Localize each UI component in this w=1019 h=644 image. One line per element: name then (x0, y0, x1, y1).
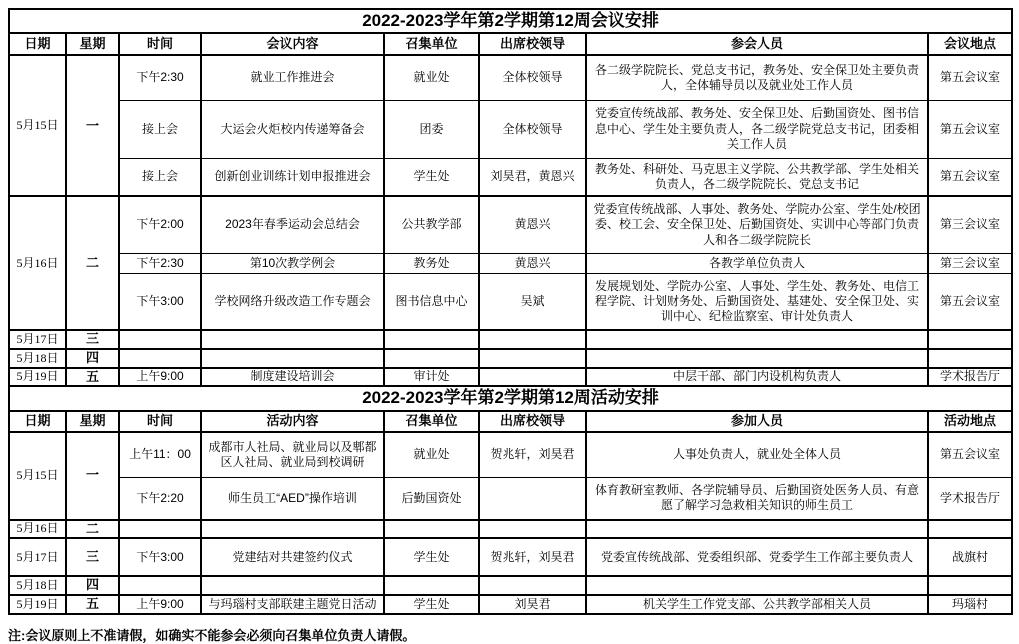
header-week: 星期 (66, 33, 119, 55)
content-cell: 就业工作推进会 (201, 55, 384, 100)
location-cell: 第五会议室 (928, 158, 1012, 196)
leaders-cell (479, 576, 586, 595)
activity-table-title: 2022-2023学年第2学期第12周活动安排 (9, 386, 1012, 410)
header-time: 时间 (119, 33, 201, 55)
content-cell: 成都市人社局、就业局以及郫都区人社局、就业局到校调研 (201, 432, 384, 478)
organizer-cell: 就业处 (384, 432, 479, 478)
header-date: 日期 (9, 33, 66, 55)
header-time: 时间 (119, 411, 201, 432)
week-cell: 二 (66, 520, 119, 539)
header-organizer: 召集单位 (384, 33, 479, 55)
table-row: 下午3:00 学校网络升级改造工作专题会 图书信息中心 吴斌 发展规划处、学院办… (9, 273, 1012, 330)
time-cell: 接上会 (119, 158, 201, 196)
content-cell: 制度建设培训会 (201, 368, 384, 387)
content-cell: 师生员工“AED”操作培训 (201, 478, 384, 520)
leaders-cell: 黄恩兴 (479, 253, 586, 273)
location-cell: 第五会议室 (928, 273, 1012, 330)
content-cell: 与玛瑙村支部联建主题党日活动 (201, 595, 384, 614)
leaders-cell: 全体校领导 (479, 55, 586, 100)
location-cell (928, 520, 1012, 539)
week-cell: 一 (66, 432, 119, 520)
activity-table-title-row: 2022-2023学年第2学期第12周活动安排 (9, 386, 1012, 410)
header-location: 会议地点 (928, 33, 1012, 55)
date-cell: 5月17日 (9, 330, 66, 349)
table-row: 5月19日 五 上午9:00 与玛瑙村支部联建主题党日活动 学生处 刘昊君 机关… (9, 595, 1012, 614)
date-cell: 5月16日 (9, 520, 66, 539)
participants-cell: 中层干部、部门内设机构负责人 (586, 368, 928, 387)
organizer-cell (384, 330, 479, 349)
header-participants: 参加人员 (586, 411, 928, 432)
location-cell: 第三会议室 (928, 253, 1012, 273)
table-row: 5月19日 五 上午9:00 制度建设培训会 审计处 中层干部、部门内设机构负责… (9, 368, 1012, 387)
time-cell: 接上会 (119, 100, 201, 158)
participants-cell (586, 330, 928, 349)
time-cell: 下午3:00 (119, 273, 201, 330)
meeting-table-title: 2022-2023学年第2学期第12周会议安排 (9, 9, 1012, 33)
location-cell: 第五会议室 (928, 432, 1012, 478)
leaders-cell: 全体校领导 (479, 100, 586, 158)
week-cell: 四 (66, 349, 119, 368)
leaders-cell: 刘昊君 (479, 595, 586, 614)
weekly-schedule-table: 2022-2023学年第2学期第12周会议安排 日期 星期 时间 会议内容 召集… (8, 8, 1013, 615)
time-cell: 下午2:30 (119, 55, 201, 100)
organizer-cell: 公共教学部 (384, 196, 479, 253)
participants-cell: 教务处、科研处、马克思主义学院、公共教学部、学生处相关负责人，各二级学院院长、党… (586, 158, 928, 196)
table-row: 接上会 创新创业训练计划申报推进会 学生处 刘昊君，黄恩兴 教务处、科研处、马克… (9, 158, 1012, 196)
participants-cell: 机关学生工作党支部、公共教学部相关人员 (586, 595, 928, 614)
meeting-table-title-row: 2022-2023学年第2学期第12周会议安排 (9, 9, 1012, 33)
date-cell: 5月16日 (9, 196, 66, 330)
organizer-cell: 学生处 (384, 158, 479, 196)
organizer-cell: 审计处 (384, 368, 479, 387)
table-row: 5月17日 三 下午3:00 党建结对共建签约仪式 学生处 贺兆轩，刘昊君 党委… (9, 538, 1012, 576)
date-cell: 5月19日 (9, 595, 66, 614)
participants-cell (586, 576, 928, 595)
location-cell: 玛瑙村 (928, 595, 1012, 614)
date-cell: 5月18日 (9, 349, 66, 368)
header-date: 日期 (9, 411, 66, 432)
participants-cell: 党委宣传统战部、教务处、安全保卫处、后勤国资处、图书信息中心、学生处主要负责人，… (586, 100, 928, 158)
organizer-cell: 后勤国资处 (384, 478, 479, 520)
time-cell: 下午2:00 (119, 196, 201, 253)
location-cell: 学术报告厅 (928, 368, 1012, 387)
date-cell: 5月19日 (9, 368, 66, 387)
time-cell: 下午2:20 (119, 478, 201, 520)
table-row: 5月17日 三 (9, 330, 1012, 349)
content-cell: 创新创业训练计划申报推进会 (201, 158, 384, 196)
content-cell (201, 349, 384, 368)
week-cell: 二 (66, 196, 119, 330)
week-cell: 一 (66, 55, 119, 196)
content-cell: 大运会火炬校内传递筹备会 (201, 100, 384, 158)
content-cell: 学校网络升级改造工作专题会 (201, 273, 384, 330)
participants-cell (586, 520, 928, 539)
header-leaders: 出席校领导 (479, 411, 586, 432)
time-cell: 上午11：00 (119, 432, 201, 478)
location-cell (928, 349, 1012, 368)
meeting-table-header-row: 日期 星期 时间 会议内容 召集单位 出席校领导 参会人员 会议地点 (9, 33, 1012, 55)
table-row: 5月16日 二 下午2:00 2023年春季运动会总结会 公共教学部 黄恩兴 党… (9, 196, 1012, 253)
content-cell: 2023年春季运动会总结会 (201, 196, 384, 253)
organizer-cell (384, 576, 479, 595)
leaders-cell (479, 520, 586, 539)
organizer-cell: 团委 (384, 100, 479, 158)
table-row: 下午2:30 第10次教学例会 教务处 黄恩兴 各教学单位负责人 第三会议室 (9, 253, 1012, 273)
table-row: 接上会 大运会火炬校内传递筹备会 团委 全体校领导 党委宣传统战部、教务处、安全… (9, 100, 1012, 158)
week-cell: 五 (66, 595, 119, 614)
organizer-cell: 就业处 (384, 55, 479, 100)
date-cell: 5月17日 (9, 538, 66, 576)
activity-table-header-row: 日期 星期 时间 活动内容 召集单位 出席校领导 参加人员 活动地点 (9, 411, 1012, 432)
participants-cell: 各教学单位负责人 (586, 253, 928, 273)
table-row: 5月18日 四 (9, 576, 1012, 595)
header-leaders: 出席校领导 (479, 33, 586, 55)
content-cell: 第10次教学例会 (201, 253, 384, 273)
participants-cell: 各二级学院院长、党总支书记，教务处、安全保卫处主要负责人，全体辅导员以及就业处工… (586, 55, 928, 100)
location-cell: 学术报告厅 (928, 478, 1012, 520)
participants-cell: 人事处负责人，就业处全体人员 (586, 432, 928, 478)
leaders-cell: 贺兆轩，刘昊君 (479, 538, 586, 576)
organizer-cell (384, 520, 479, 539)
time-cell: 上午9:00 (119, 595, 201, 614)
date-cell: 5月15日 (9, 55, 66, 196)
leaders-cell: 黄恩兴 (479, 196, 586, 253)
week-cell: 五 (66, 368, 119, 387)
header-content: 活动内容 (201, 411, 384, 432)
leaders-cell: 刘昊君，黄恩兴 (479, 158, 586, 196)
week-cell: 四 (66, 576, 119, 595)
content-cell (201, 330, 384, 349)
time-cell: 下午3:00 (119, 538, 201, 576)
week-cell: 三 (66, 538, 119, 576)
participants-cell: 党委宣传统战部、人事处、教务处、学院办公室、学生处/校团委、校工会、安全保卫处、… (586, 196, 928, 253)
leaders-cell: 贺兆轩，刘昊君 (479, 432, 586, 478)
table-row: 5月15日 一 上午11：00 成都市人社局、就业局以及郫都区人社局、就业局到校… (9, 432, 1012, 478)
date-cell: 5月15日 (9, 432, 66, 520)
participants-cell (586, 349, 928, 368)
organizer-cell: 图书信息中心 (384, 273, 479, 330)
time-cell: 下午2:30 (119, 253, 201, 273)
header-content: 会议内容 (201, 33, 384, 55)
content-cell: 党建结对共建签约仪式 (201, 538, 384, 576)
header-organizer: 召集单位 (384, 411, 479, 432)
header-week: 星期 (66, 411, 119, 432)
table-row: 5月18日 四 (9, 349, 1012, 368)
organizer-cell: 教务处 (384, 253, 479, 273)
time-cell (119, 576, 201, 595)
organizer-cell: 学生处 (384, 538, 479, 576)
leaders-cell (479, 330, 586, 349)
participants-cell: 党委宣传统战部、党委组织部、党委学生工作部主要负责人 (586, 538, 928, 576)
time-cell (119, 349, 201, 368)
location-cell: 第三会议室 (928, 196, 1012, 253)
time-cell (119, 330, 201, 349)
organizer-cell (384, 349, 479, 368)
table-row: 下午2:20 师生员工“AED”操作培训 后勤国资处 体育教研室教师、各学院辅导… (9, 478, 1012, 520)
location-cell (928, 330, 1012, 349)
week-cell: 三 (66, 330, 119, 349)
time-cell (119, 520, 201, 539)
table-row: 5月16日 二 (9, 520, 1012, 539)
time-cell: 上午9:00 (119, 368, 201, 387)
location-cell: 第五会议室 (928, 55, 1012, 100)
leaders-cell (479, 368, 586, 387)
organizer-cell: 学生处 (384, 595, 479, 614)
footnote: 注:会议原则上不准请假，如确实不能参会必须向召集单位负责人请假。 (8, 625, 1019, 644)
leaders-cell (479, 478, 586, 520)
leaders-cell (479, 349, 586, 368)
header-location: 活动地点 (928, 411, 1012, 432)
location-cell: 第五会议室 (928, 100, 1012, 158)
location-cell: 战旗村 (928, 538, 1012, 576)
location-cell (928, 576, 1012, 595)
leaders-cell: 吴斌 (479, 273, 586, 330)
date-cell: 5月18日 (9, 576, 66, 595)
participants-cell: 体育教研室教师、各学院辅导员、后勤国资处医务人员、有意愿了解学习急救相关知识的师… (586, 478, 928, 520)
participants-cell: 发展规划处、学院办公室、人事处、学生处、教务处、电信工程学院、计划财务处、后勤国… (586, 273, 928, 330)
content-cell (201, 576, 384, 595)
content-cell (201, 520, 384, 539)
header-participants: 参会人员 (586, 33, 928, 55)
table-row: 5月15日 一 下午2:30 就业工作推进会 就业处 全体校领导 各二级学院院长… (9, 55, 1012, 100)
